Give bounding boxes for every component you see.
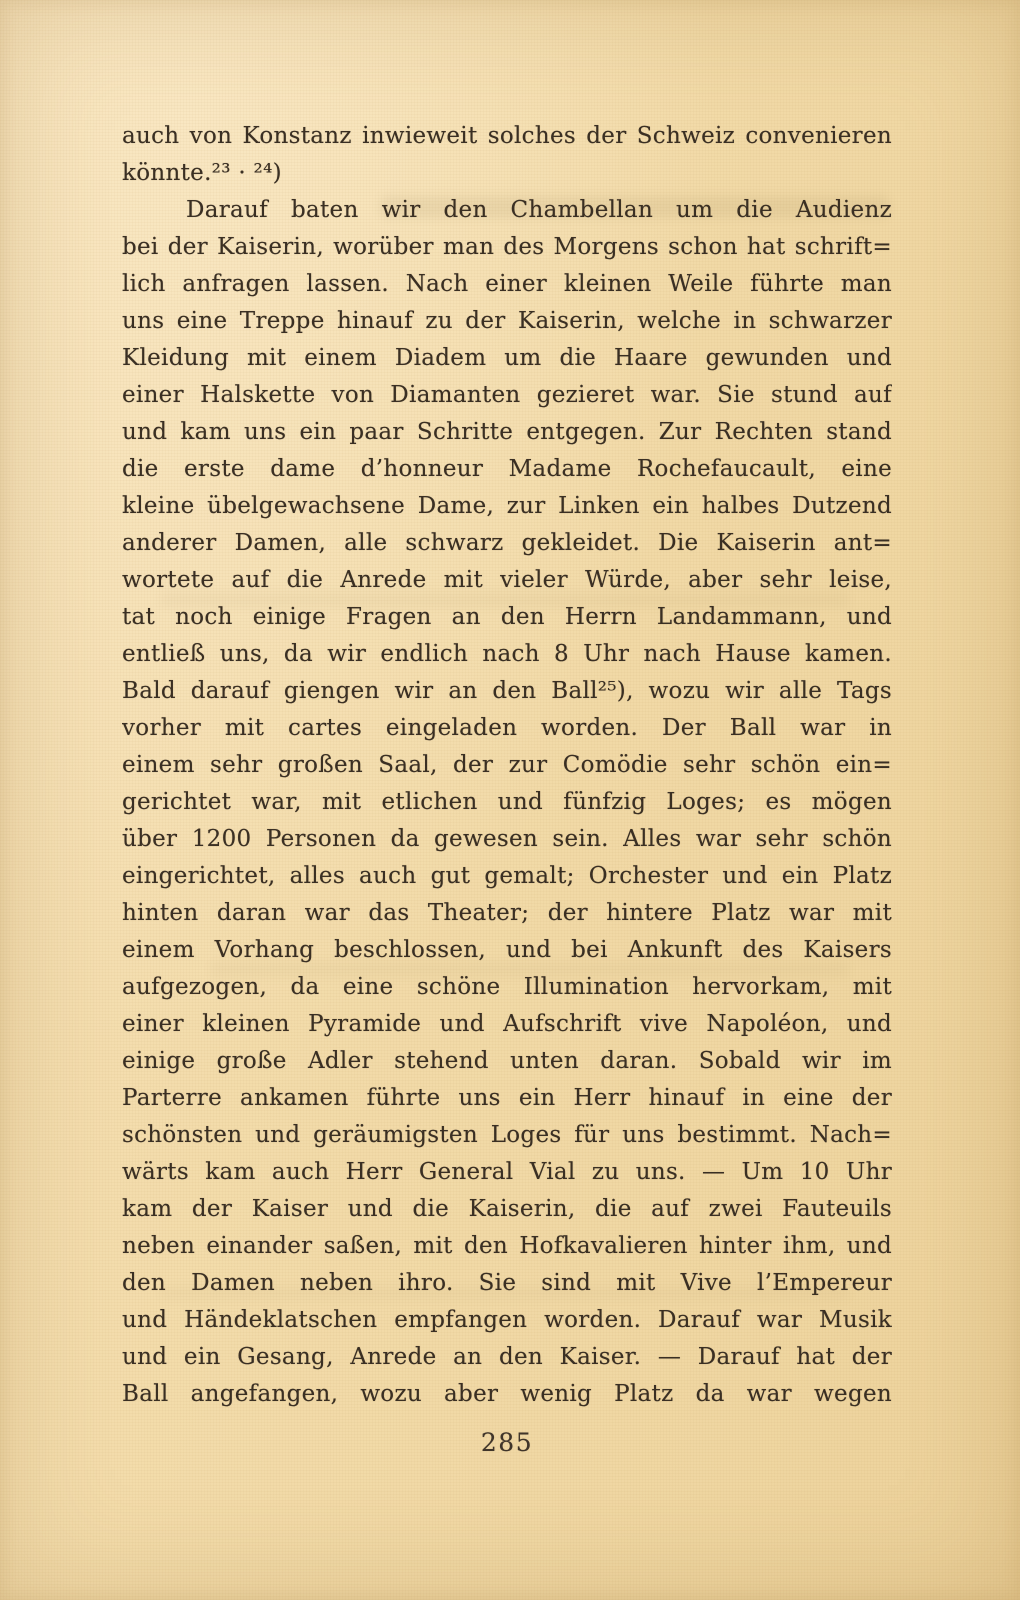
text-line: wärts kam auch Herr General Vial zu uns.… — [122, 1154, 892, 1191]
text-line: einem sehr großen Saal, der zur Comödie … — [122, 747, 892, 784]
text-line: eingerichtet, alles auch gut gemalt; Orc… — [122, 858, 892, 895]
text-line: hinten daran war das Theater; der hinter… — [122, 895, 892, 932]
text-line: wortete auf die Anrede mit vieler Würde,… — [122, 562, 892, 599]
text-line: neben einander saßen, mit den Hofkavalie… — [122, 1228, 892, 1265]
text-line: die erste dame d’honneur Madame Rochefau… — [122, 451, 892, 488]
text-line: kam der Kaiser und die Kaiserin, die auf… — [122, 1191, 892, 1228]
text-line: Ball angefangen, wozu aber wenig Platz d… — [122, 1376, 892, 1413]
text-line: aufgezogen, da eine schöne Illumination … — [122, 969, 892, 1006]
text-line: und Händeklatschen empfangen worden. Dar… — [122, 1302, 892, 1339]
text-line: tat noch einige Fragen an den Herrn Land… — [122, 599, 892, 636]
text-line: und ein Gesang, Anrede an den Kaiser. — … — [122, 1339, 892, 1376]
text-line: den Damen neben ihro. Sie sind mit Vive … — [122, 1265, 892, 1302]
text-line: gerichtet war, mit etlichen und fünfzig … — [122, 784, 892, 821]
text-line: uns eine Treppe hinauf zu der Kaiserin, … — [122, 303, 892, 340]
text-line: könnte.²³ · ²⁴) — [122, 155, 892, 192]
text-line: und kam uns ein paar Schritte entgegen. … — [122, 414, 892, 451]
book-page: auch von Konstanz inwieweit solches der … — [0, 0, 1020, 1600]
text-line: einem Vorhang beschlossen, und bei Ankun… — [122, 932, 892, 969]
text-line: Darauf baten wir den Chambellan um die A… — [122, 192, 892, 229]
text-line: bei der Kaiserin, worüber man des Morgen… — [122, 229, 892, 266]
text-line: einer kleinen Pyramide und Aufschrift vi… — [122, 1006, 892, 1043]
text-line: entließ uns, da wir endlich nach 8 Uhr n… — [122, 636, 892, 673]
text-line: auch von Konstanz inwieweit solches der … — [122, 118, 892, 155]
text-line: einer Halskette von Diamanten gezieret w… — [122, 377, 892, 414]
text-line: Bald darauf giengen wir an den Ball²⁵), … — [122, 673, 892, 710]
text-line: über 1200 Personen da gewesen sein. Alle… — [122, 821, 892, 858]
text-line: kleine übelgewachsene Dame, zur Linken e… — [122, 488, 892, 525]
text-line: anderer Damen, alle schwarz gekleidet. D… — [122, 525, 892, 562]
text-line: vorher mit cartes eingeladen worden. Der… — [122, 710, 892, 747]
text-block: auch von Konstanz inwieweit solches der … — [122, 118, 892, 1413]
text-line: Parterre ankamen führte uns ein Herr hin… — [122, 1080, 892, 1117]
page-number: 285 — [122, 1428, 892, 1457]
text-line: lich anfragen lassen. Nach einer kleinen… — [122, 266, 892, 303]
text-line: schönsten und geräumigsten Loges für uns… — [122, 1117, 892, 1154]
text-line: Kleidung mit einem Diadem um die Haare g… — [122, 340, 892, 377]
text-line: einige große Adler stehend unten daran. … — [122, 1043, 892, 1080]
